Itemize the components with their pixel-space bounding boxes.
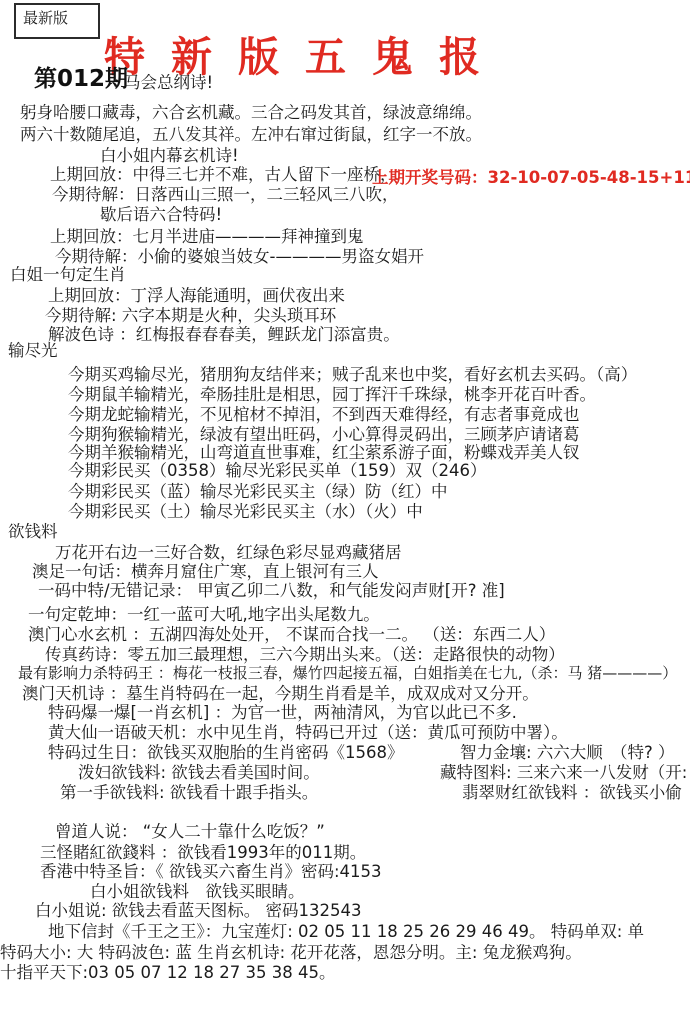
yuqian-line: 传真药诗：零五加三最理想，三六今期出头来。（送：走路很快的动物） — [45, 645, 565, 665]
shujinguang-line: 今期鼠羊输精光，牵肠挂肚是相思，园丁挥汗千珠绿，桃李开花百叶香。 — [68, 385, 596, 405]
previous-draw-numbers: 上期开奖号码：32-10-07-05-48-15+11 — [372, 164, 690, 188]
tianji-poem-line: 澳门天机诗 ：墓生肖特码在一起，今期生肖看是羊，成双成对又分开。 — [22, 684, 539, 704]
hongkong-shengzhi-line: 香港中特圣旨：《 欲钱买六畜生肖》密码:4153 — [40, 862, 382, 882]
main-poem-line: 两六十数随尾追，五八发其祥。左冲右窜过街鼠，红字一不放。 — [20, 125, 482, 145]
latest-edition-badge: 最新版 — [14, 3, 100, 39]
yuqian-line: 澳足一句话：横奔月窟住广寒，直上银河有三人 — [32, 562, 379, 582]
yuqian-line: 一句定乾坤：一红一蓝可大吼,地字出头尾数九。 — [28, 605, 380, 625]
caimin-line: 今期彩民买（蓝）输尽光彩民买主（绿）防（红）中 — [68, 482, 448, 502]
xiehouyu-header: 歇后语六合特码! — [100, 205, 222, 225]
main-poem-line: 躬身哈腰口藏毒，六合玄机藏。三合之码发其首，绿波意绵绵。 — [20, 103, 482, 123]
caimin-line: 今期彩民买（土）输尽光彩民买主（水）（火）中 — [68, 502, 423, 522]
xiehouyu-current: 今期待解：小偷的婆娘当妓女-————男盗女娼开 — [55, 247, 424, 267]
shujinguang-line: 今期狗猴输精光，绿波有望出旺码，小心算得灵码出，三顾茅庐请诸葛 — [68, 425, 580, 445]
jiebose-line: 解波色诗 ：红梅报春春春美，鲤跃龙门添富贵。 — [48, 325, 400, 345]
pofu-yuqian-line: 泼妇欲钱料: 欲钱去看美国时间。 — [78, 763, 320, 783]
yuqian-line: 一码中特/无错记录： 甲寅乙卯二八数，和气能发闷声财[开? 准] — [38, 581, 505, 601]
huangdaxian-line: 黄大仙一语破天机：水中见生肖，特码已开过（送：黄瓜可预防中署）。 — [48, 723, 568, 743]
zengdaoren-line: 曾道人说： “女人二十靠什么吃饭？” — [55, 822, 325, 842]
shengxiao-header: 白姐一句定生肖 — [10, 265, 126, 285]
shujinguang-header: 输尽光 — [8, 341, 58, 361]
previous-draw-value: 32-10-07-05-48-15+11 — [488, 168, 690, 187]
shujinguang-line: 今期羊猴输精光，山弯道直世事难，红尘萦系游子面，粉蝶戏弄美人钗 — [68, 443, 580, 463]
baixiaojie-yuqian-line: 白小姐欲钱料 欲钱买眼睛。 — [90, 882, 305, 902]
cangte-tuliao-line: 藏特图料: 三来六来一八发财（开: ? ） — [440, 763, 690, 783]
issue-number: 第012期 — [34, 60, 128, 93]
yuqian-line: 澳门心水玄机 ：五湖四海处处开， 不谋而合找一二。 （送：东西二人） — [28, 625, 555, 645]
baixiaojie-shuo-line: 白小姐说: 欲钱去看蓝天图标。 密码132543 — [35, 901, 362, 921]
xiehouyu-prev: 上期回放：七月半进庙————拜神撞到鬼 — [50, 227, 364, 247]
shujinguang-line: 今期买鸡输尽光，猪朋狗友结伴来；贼子乱来也中奖，看好玄机去买码。（高） — [68, 365, 637, 385]
shizhi-pingtianxia-line: 十指平天下:03 05 07 12 18 27 35 38 45。 — [0, 963, 335, 983]
yuqian-header: 欲钱料 — [8, 522, 58, 542]
sanguai-line: 三怪賭紅欲錢料 ：欲钱看1993年的011期。 — [40, 843, 366, 863]
tema-birthday-line: 特码过生日：欲钱买双胞胎的生肖密码《1568》 — [48, 743, 404, 763]
issue-subtitle: 马会总纲诗! — [124, 69, 213, 93]
neimu-current: 今期待解：日落西山三照一，二三轻风三八吹， — [52, 185, 399, 205]
shengxiao-prev: 上期回放：丁浮人海能通明，画伏夜出来 — [48, 286, 345, 306]
caimin-line: 今期彩民买（0358）输尽光彩民买单（159）双（246） — [68, 461, 486, 481]
dixia-xinfeng-line: 地下信封《千王之王》：九宝莲灯: 02 05 11 18 25 26 29 46… — [48, 922, 644, 942]
zhili-jintan-line: 智力金壤: 六六大顺 （特? ） — [460, 743, 675, 763]
yuqian-line: 万花开右边一三好合数，红绿色彩尽显鸡藏猪居 — [55, 543, 402, 563]
shujinguang-line: 今期龙蛇输精光，不见棺材不掉泪，不到西天难得经，有志者事竟成也 — [68, 405, 580, 425]
sha-tema-wang-line: 最有影响力杀特码王 ：梅花一枝报三春，爆竹四起接五福，白姐指美在七九,（杀：马 … — [18, 663, 677, 683]
page-root: 最新版 特新版五鬼报 第012期 马会总纲诗! 上期开奖号码：32-10-07-… — [0, 0, 690, 1017]
shengxiao-current: 今期待解: 六字本期是火种，尖头琐耳环 — [45, 306, 336, 326]
neimu-prev: 上期回放：中得三七并不难，古人留下一座桥， — [50, 165, 397, 185]
neimu-header: 白小姐内幕玄机诗! — [100, 146, 239, 166]
tema-bao-line: 特码爆一爆[一肖玄机] ：为官一世，两袖清风，为官以此已不多. — [48, 703, 517, 723]
feicui-caihong-line: 翡翠财红欲钱料 ：欲钱买小偷 — [462, 783, 682, 803]
diyishou-yuqian-line: 第一手欲钱料: 欲钱看十跟手指头。 — [60, 783, 318, 803]
tema-daxiao-line: 特码大小: 大 特码波色: 蓝 生肖玄机诗: 花开花落，恩怨分明。主: 兔龙猴鸡… — [0, 943, 582, 963]
